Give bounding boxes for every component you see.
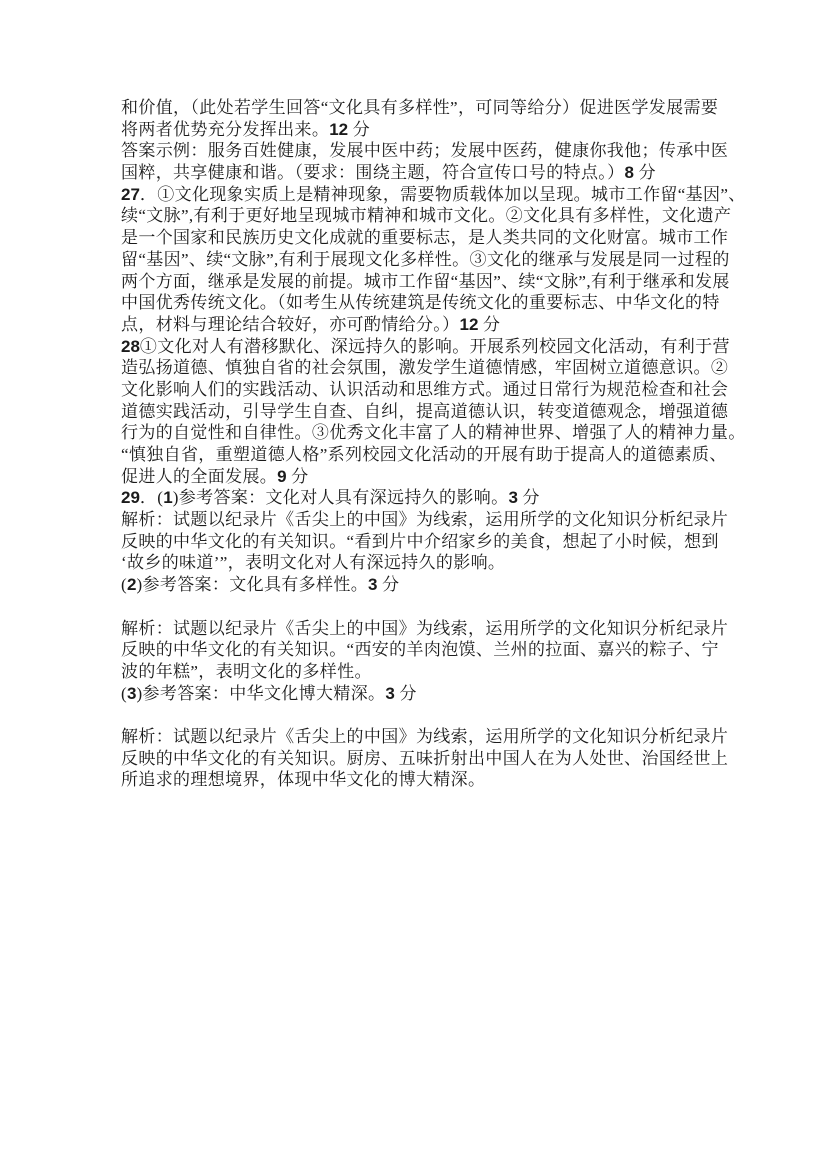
text-line: 和价值，（此处若学生回答“文化具有多样性”，可同等给分）促进医学发展需要 xyxy=(121,97,739,119)
text-line: 28①文化对人有潜移默化、深远持久的影响。开展系列校园文化活动，有利于营 xyxy=(121,336,739,358)
text-line: “慎独自省，重塑道德人格”系列校园文化活动的开展有助于提高人的道德素质、 xyxy=(121,444,739,466)
text-line: 解析：试题以纪录片《舌尖上的中国》为线索，运用所学的文化知识分析纪录片 xyxy=(121,618,739,640)
text-line: ‘故乡的味道’”，表明文化对人有深远持久的影响。 xyxy=(121,552,739,574)
text-line: 解析：试题以纪录片《舌尖上的中国》为线索，运用所学的文化知识分析纪录片 xyxy=(121,726,739,748)
text-line: 续“文脉”,有利于更好地呈现城市精神和城市文化。②文化具有多样性，文化遗产 xyxy=(121,205,739,227)
text-line: 所追求的理想境界，体现中华文化的博大精深。 xyxy=(121,769,739,791)
text-line: 促进人的全面发展。9 分 xyxy=(121,466,739,488)
text-line: 国粹，共享健康和谐。（要求：围绕主题，符合宣传口号的特点。）8 分 xyxy=(121,162,739,184)
text-line: 反映的中华文化的有关知识。“看到片中介绍家乡的美食，想起了小时候，想到 xyxy=(121,531,739,553)
text-line: 反映的中华文化的有关知识。厨房、五味折射出中国人在为人处世、治国经世上 xyxy=(121,748,739,770)
text-line: 行为的自觉性和自律性。③优秀文化丰富了人的精神世界、增强了人的精神力量。 xyxy=(121,422,739,444)
text-line: (2)参考答案：文化具有多样性。3 分 xyxy=(121,574,739,596)
document-text: 和价值，（此处若学生回答“文化具有多样性”，可同等给分）促进医学发展需要将两者优… xyxy=(121,97,739,791)
text-line: 点，材料与理论结合较好，亦可酌情给分。）12 分 xyxy=(121,314,739,336)
text-line: 波的年糕”，表明文化的多样性。 xyxy=(121,661,739,683)
text-line: 29．(1)参考答案：文化对人具有深远持久的影响。3 分 xyxy=(121,487,739,509)
text-line: 是一个国家和民族历史文化成就的重要标志，是人类共同的文化财富。城市工作 xyxy=(121,227,739,249)
text-line xyxy=(121,704,739,726)
text-line: 造弘扬道德、慎独自省的社会氛围，激发学生道德情感，牢固树立道德意识。② xyxy=(121,357,739,379)
document-page: 和价值，（此处若学生回答“文化具有多样性”，可同等给分）促进医学发展需要将两者优… xyxy=(0,0,827,1169)
text-line: 反映的中华文化的有关知识。“西安的羊肉泡馍、兰州的拉面、嘉兴的粽子、宁 xyxy=(121,639,739,661)
text-line xyxy=(121,596,739,618)
text-line: 两个方面，继承是发展的前提。城市工作留“基因”、续“文脉”,有利于继承和发展 xyxy=(121,271,739,293)
text-line: 解析：试题以纪录片《舌尖上的中国》为线索，运用所学的文化知识分析纪录片 xyxy=(121,509,739,531)
text-line: 留“基因”、续“文脉”,有利于展现文化多样性。③文化的继承与发展是同一过程的 xyxy=(121,249,739,271)
text-line: 中国优秀传统文化。（如考生从传统建筑是传统文化的重要标志、中华文化的特 xyxy=(121,292,739,314)
text-line: (3)参考答案：中华文化博大精深。3 分 xyxy=(121,683,739,705)
text-line: 答案示例：服务百姓健康，发展中医中药；发展中医药，健康你我他；传承中医 xyxy=(121,140,739,162)
text-line: 将两者优势充分发挥出来。12 分 xyxy=(121,119,739,141)
text-line: 文化影响人们的实践活动、认识活动和思维方式。通过日常行为规范检查和社会 xyxy=(121,379,739,401)
text-line: 道德实践活动，引导学生自查、自纠，提高道德认识，转变道德观念，增强道德 xyxy=(121,401,739,423)
text-line: 27．①文化现象实质上是精神现象，需要物质载体加以呈现。城市工作留“基因”、 xyxy=(121,184,739,206)
